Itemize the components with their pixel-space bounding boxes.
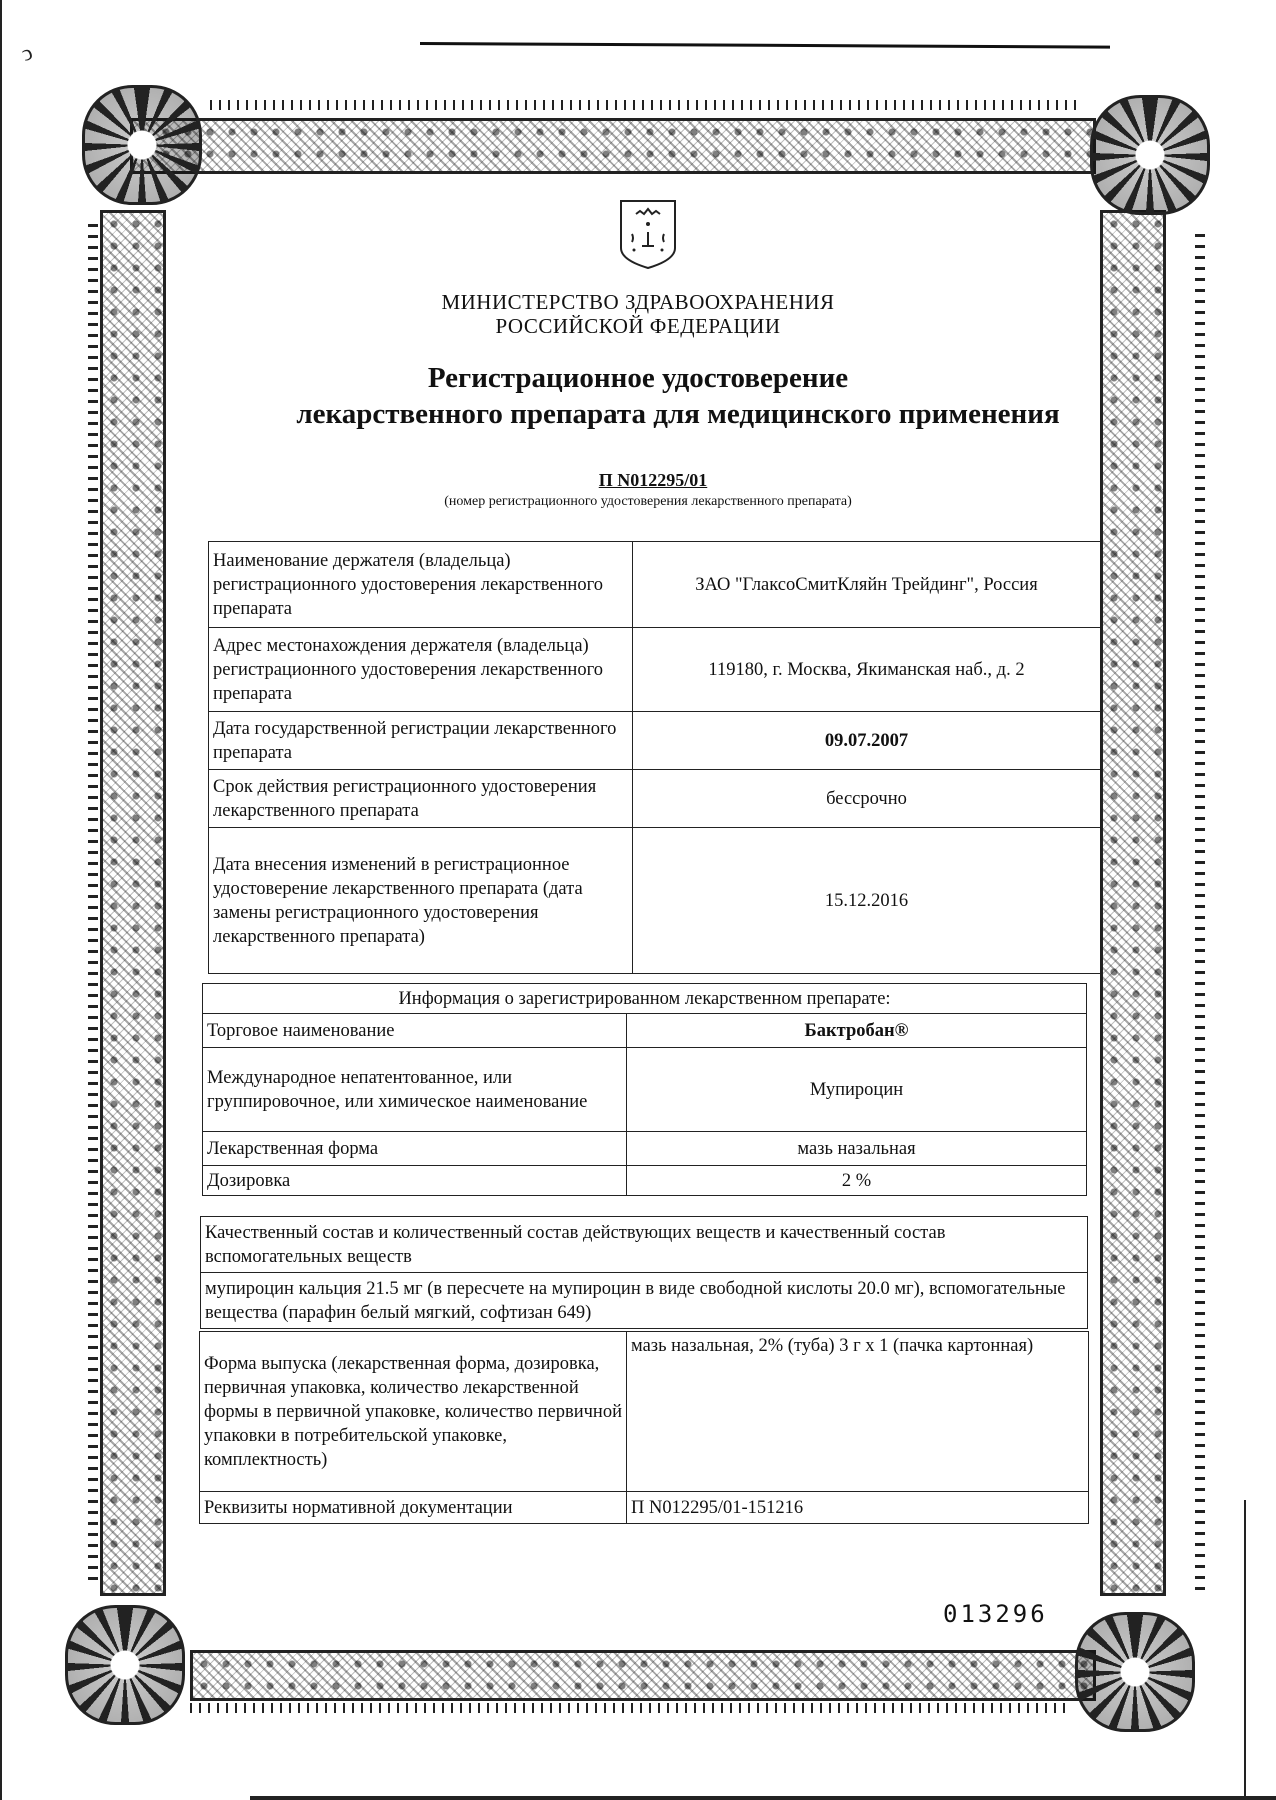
table-row: Дозировка 2 %	[203, 1166, 1087, 1196]
scan-edge	[1244, 1500, 1246, 1800]
release-form-table: Форма выпуска (лекарственная форма, дози…	[199, 1331, 1089, 1524]
amendment-date-label: Дата внесения изменений в регистрационно…	[209, 828, 633, 974]
corner-rosette-icon	[65, 1605, 185, 1725]
trade-name-value: Бактробан®	[627, 1014, 1087, 1048]
amendment-date-value: 15.12.2016	[633, 828, 1101, 974]
holder-address-label: Адрес местонахождения держателя (владель…	[209, 628, 633, 712]
composition-value: мупироцин кальция 21.5 мг (в пересчете н…	[201, 1273, 1088, 1329]
normative-doc-label: Реквизиты нормативной документации	[200, 1492, 627, 1524]
composition-header: Качественный состав и количественный сос…	[201, 1217, 1088, 1273]
table-row: мупироцин кальция 21.5 мг (в пересчете н…	[201, 1273, 1088, 1329]
handwritten-mark-icon: ↄ	[18, 39, 36, 67]
dosage-label: Дозировка	[203, 1166, 627, 1196]
holder-info-table: Наименование держателя (владельца) регис…	[208, 541, 1101, 974]
validity-period-label: Срок действия регистрационного удостовер…	[209, 770, 633, 828]
release-form-label: Форма выпуска (лекарственная форма, дози…	[200, 1332, 627, 1492]
registration-number: П N012295/01	[0, 470, 1276, 491]
table-row: Качественный состав и количественный сос…	[201, 1217, 1088, 1273]
validity-period-value: бессрочно	[633, 770, 1101, 828]
drug-info-table: Информация о зарегистрированном лекарств…	[202, 983, 1087, 1196]
holder-address-value: 119180, г. Москва, Якиманская наб., д. 2	[633, 628, 1101, 712]
top-rule-line	[420, 42, 1110, 49]
coat-of-arms-icon	[618, 198, 678, 270]
frame-ticks-top	[210, 100, 1080, 110]
ministry-line-1: МИНИСТЕРСТВО ЗДРАВООХРАНЕНИЯ	[0, 290, 1276, 314]
dosage-value: 2 %	[627, 1166, 1087, 1196]
corner-rosette-icon	[1090, 95, 1210, 215]
scan-edge	[0, 0, 2, 1800]
registration-date-value: 09.07.2007	[633, 712, 1101, 770]
table-row: Форма выпуска (лекарственная форма, дози…	[200, 1332, 1089, 1492]
page-title: Регистрационное удостоверение лекарствен…	[0, 360, 1276, 432]
inn-value: Мупироцин	[627, 1048, 1087, 1132]
frame-ticks-right	[1195, 230, 1205, 1590]
scan-edge	[250, 1796, 1276, 1800]
composition-table: Качественный состав и количественный сос…	[200, 1216, 1088, 1329]
table-row: Адрес местонахождения держателя (владель…	[209, 628, 1101, 712]
frame-ticks-bottom	[190, 1703, 1070, 1713]
table-row: Дата государственной регистрации лекарст…	[209, 712, 1101, 770]
table-row: Реквизиты нормативной документации П N01…	[200, 1492, 1089, 1524]
release-form-value: мазь назальная, 2% (туба) 3 г x 1 (пачка…	[627, 1332, 1089, 1492]
title-line-1: Регистрационное удостоверение	[0, 360, 1276, 396]
registration-number-caption: (номер регистрационного удостоверения ле…	[0, 494, 1276, 510]
table-row: Лекарственная форма мазь назальная	[203, 1132, 1087, 1166]
table-row: Торговое наименование Бактробан®	[203, 1014, 1087, 1048]
serial-number: 013296	[943, 1600, 1048, 1628]
ministry-name: МИНИСТЕРСТВО ЗДРАВООХРАНЕНИЯ РОССИЙСКОЙ …	[0, 290, 1276, 338]
normative-doc-value: П N012295/01-151216	[627, 1492, 1089, 1524]
registration-date-label: Дата государственной регистрации лекарст…	[209, 712, 633, 770]
drug-info-section-header: Информация о зарегистрированном лекарств…	[203, 984, 1087, 1014]
dosage-form-value: мазь назальная	[627, 1132, 1087, 1166]
corner-rosette-icon	[82, 85, 202, 205]
ministry-line-2: РОССИЙСКОЙ ФЕДЕРАЦИИ	[0, 314, 1276, 338]
frame-band-bottom	[190, 1650, 1096, 1701]
inn-label: Международное непатентованное, или групп…	[203, 1048, 627, 1132]
dosage-form-label: Лекарственная форма	[203, 1132, 627, 1166]
table-row: Дата внесения изменений в регистрационно…	[209, 828, 1101, 974]
trade-name-label: Торговое наименование	[203, 1014, 627, 1048]
table-row: Срок действия регистрационного удостовер…	[209, 770, 1101, 828]
table-row: Международное непатентованное, или групп…	[203, 1048, 1087, 1132]
title-line-2: лекарственного препарата для медицинског…	[0, 396, 1276, 432]
corner-rosette-icon	[1075, 1612, 1195, 1732]
holder-name-value: ЗАО "ГлаксоСмитКляйн Трейдинг", Россия	[633, 542, 1101, 628]
holder-name-label: Наименование держателя (владельца) регис…	[209, 542, 633, 628]
table-row: Наименование держателя (владельца) регис…	[209, 542, 1101, 628]
frame-band-top	[130, 118, 1096, 174]
table-row: Информация о зарегистрированном лекарств…	[203, 984, 1087, 1014]
